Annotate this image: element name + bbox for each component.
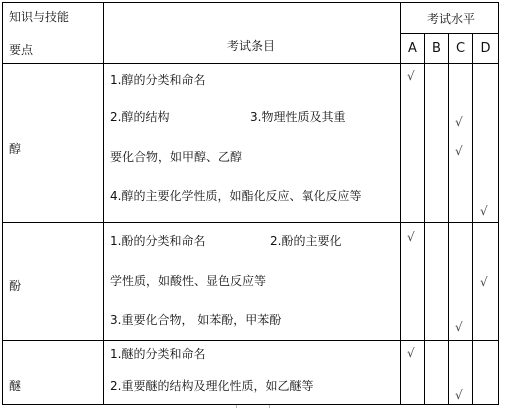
checkmark-icon: √ bbox=[480, 276, 488, 288]
item-line: 1.酚的分类和命名 bbox=[110, 234, 205, 248]
topic-label: 酚 bbox=[9, 279, 21, 293]
checkmark-icon: √ bbox=[455, 145, 463, 157]
level-d-cell: √ bbox=[473, 223, 499, 341]
level-b-cell bbox=[425, 223, 449, 341]
exam-requirements-table: 知识与技能 要点 考试条目 考试水平 A B C D 醇 1.醇的分类和命名 2… bbox=[2, 2, 499, 405]
level-a-cell: √ bbox=[401, 341, 425, 405]
item-line: 2.醇的结构 bbox=[110, 110, 169, 124]
level-c-cell: √ bbox=[449, 341, 473, 405]
checkmark-icon: √ bbox=[455, 321, 463, 333]
header-exam-items-label: 考试条目 bbox=[227, 39, 275, 53]
header-exam-level-label: 考试水平 bbox=[427, 12, 475, 26]
checkmark-icon: √ bbox=[455, 116, 463, 128]
level-c-cell: √ bbox=[449, 223, 473, 341]
item-line: 要化合物，如甲醇、乙醇 bbox=[110, 150, 242, 164]
checkmark-icon: √ bbox=[407, 347, 415, 359]
level-d-cell: √ bbox=[473, 64, 499, 223]
level-d-header: D bbox=[473, 34, 499, 64]
level-c-header: C bbox=[449, 34, 473, 64]
header-exam-level: 考试水平 bbox=[401, 3, 499, 34]
checkmark-icon: √ bbox=[407, 70, 415, 82]
item-line: 学性质，如酸性、显色反应等 bbox=[110, 274, 266, 288]
level-d-cell bbox=[473, 341, 499, 405]
items-ether: 1.醚的分类和命名 2.重要醚的结构及理化性质，如乙醚等 bbox=[104, 341, 401, 405]
items-alcohol: 1.醇的分类和命名 2.醇的结构 3.物理性质及其重 要化合物，如甲醇、乙醇 4… bbox=[104, 64, 401, 223]
header-knowledge-line1: 知识与技能 bbox=[9, 10, 69, 24]
level-a-header: A bbox=[401, 34, 425, 64]
topic-label: 醚 bbox=[9, 379, 21, 393]
level-b-cell bbox=[425, 341, 449, 405]
item-line: 3.物理性质及其重 bbox=[250, 110, 345, 124]
checkmark-icon: √ bbox=[407, 231, 415, 243]
topic-phenol: 酚 bbox=[3, 223, 104, 341]
item-line: 4.醇的主要化学性质，如酯化反应、氧化反应等 bbox=[110, 189, 361, 203]
item-line: 2.酚的主要化 bbox=[270, 234, 341, 248]
item-line: 1.醚的分类和命名 bbox=[110, 347, 205, 361]
items-phenol: 1.酚的分类和命名 2.酚的主要化 学性质，如酸性、显色反应等 3.重要化合物，… bbox=[104, 223, 401, 341]
item-line: 1.醇的分类和命名 bbox=[110, 73, 205, 87]
level-a-cell: √ bbox=[401, 64, 425, 223]
header-exam-items: 考试条目 bbox=[104, 3, 401, 64]
checkmark-icon: √ bbox=[455, 389, 463, 401]
level-c-cell: √ √ bbox=[449, 64, 473, 223]
level-a-cell: √ bbox=[401, 223, 425, 341]
item-line: 3.重要化合物， 如苯酚，甲苯酚 bbox=[110, 313, 281, 327]
item-line: 2.重要醚的结构及理化性质，如乙醚等 bbox=[110, 379, 313, 393]
topic-alcohol: 醇 bbox=[3, 64, 104, 223]
checkmark-icon: √ bbox=[480, 205, 488, 217]
level-b-cell bbox=[425, 64, 449, 223]
header-knowledge-line2: 要点 bbox=[9, 43, 33, 57]
level-b-header: B bbox=[425, 34, 449, 64]
topic-ether: 醚 bbox=[3, 341, 104, 405]
header-knowledge-points: 知识与技能 要点 bbox=[3, 3, 104, 64]
topic-label: 醇 bbox=[9, 142, 21, 156]
